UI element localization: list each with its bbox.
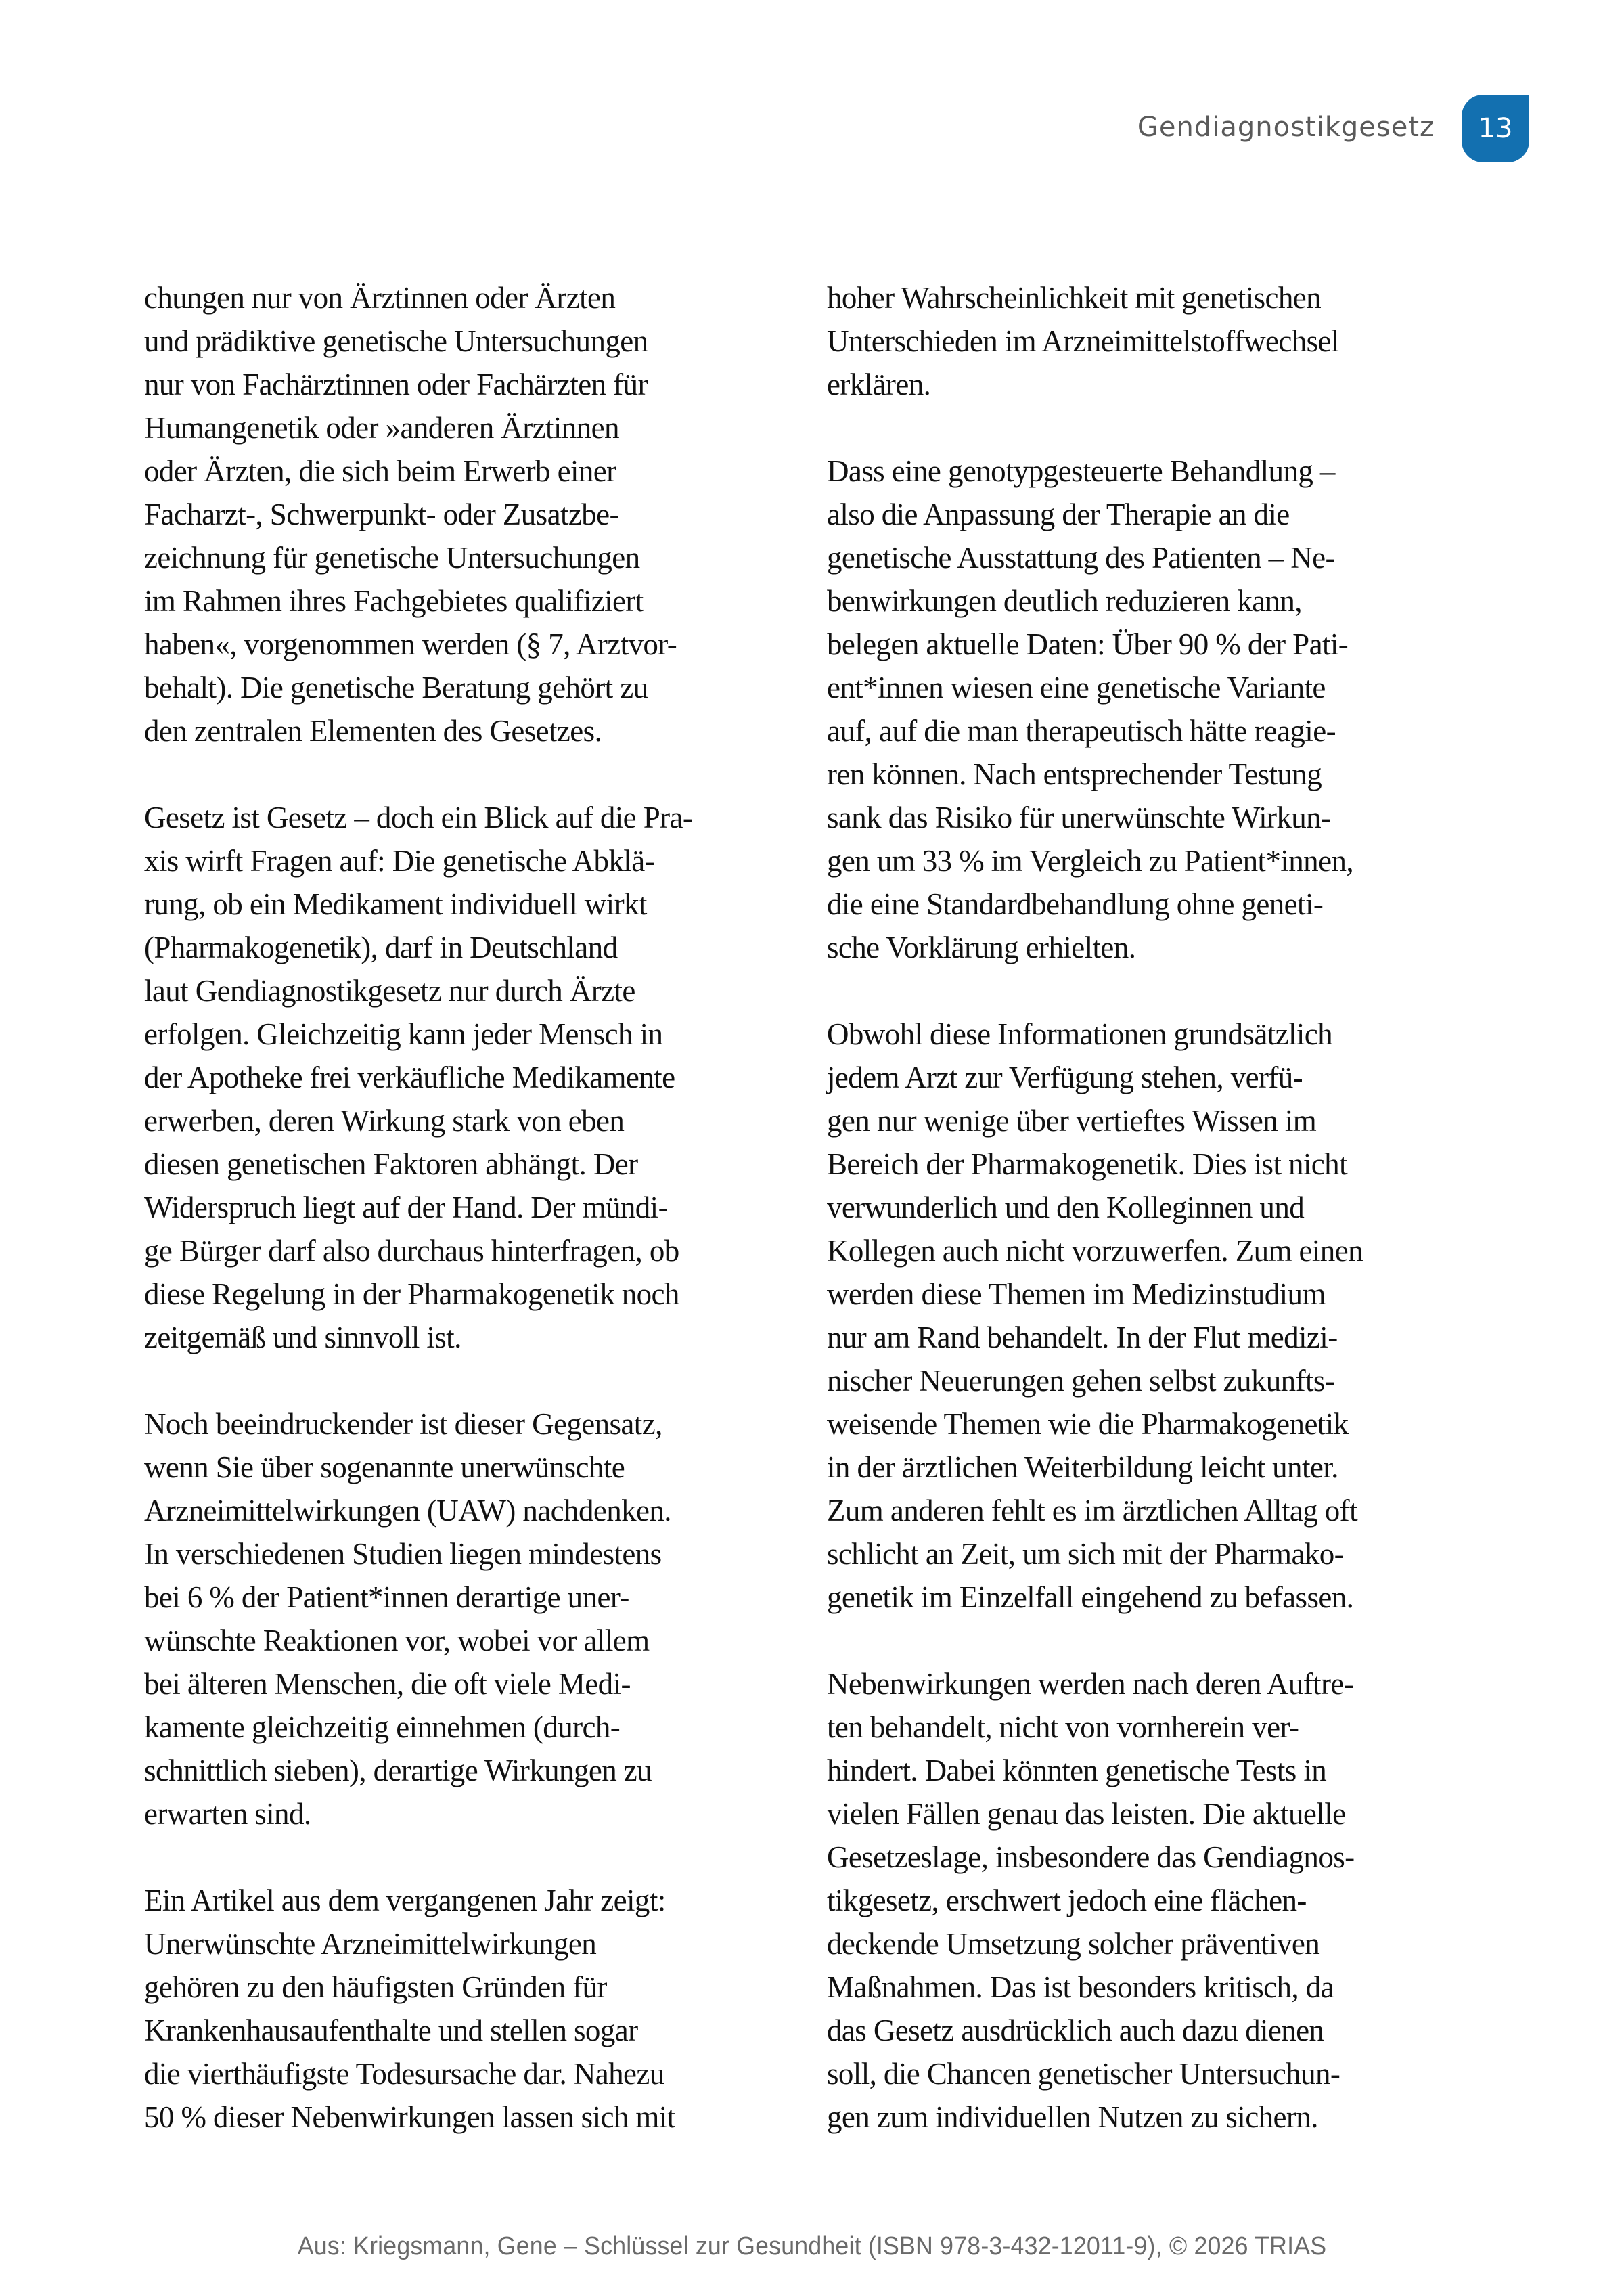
- text-line: gen zum individuellen Nutzen zu sichern.: [827, 2095, 1449, 2139]
- text-line: hindert. Dabei könnten genetische Tests …: [827, 1749, 1449, 1792]
- text-line: Dass eine genotypgesteuerte Behandlung –: [827, 449, 1449, 493]
- paragraph: Obwohl diese Informationen grundsätzlich…: [827, 1012, 1449, 1619]
- text-line: kamente gleichzeitig einnehmen (durch-: [144, 1706, 767, 1749]
- text-line: In verschiedenen Studien liegen mindeste…: [144, 1532, 767, 1576]
- text-line: das Gesetz ausdrücklich auch dazu dienen: [827, 2009, 1449, 2052]
- text-line: wenn Sie über sogenannte unerwünschte: [144, 1446, 767, 1489]
- text-line: behalt). Die genetische Beratung gehört …: [144, 666, 767, 709]
- text-line: Facharzt-, Schwerpunkt- oder Zusatzbe-: [144, 493, 767, 536]
- text-line: genetische Ausstattung des Patienten – N…: [827, 536, 1449, 579]
- text-line: nischer Neuerungen gehen selbst zukunfts…: [827, 1359, 1449, 1402]
- text-line: Ein Artikel aus dem vergangenen Jahr zei…: [144, 1879, 767, 1922]
- text-line: im Rahmen ihres Fachgebietes qualifizier…: [144, 579, 767, 623]
- page-number: 13: [1479, 113, 1513, 144]
- text-line: Gesetzeslage, insbesondere das Gendiagno…: [827, 1835, 1449, 1879]
- text-line: bei 6 % der Patient*innen derartige uner…: [144, 1576, 767, 1619]
- text-line: xis wirft Fragen auf: Die genetische Abk…: [144, 839, 767, 883]
- text-line: rung, ob ein Medikament individuell wirk…: [144, 883, 767, 926]
- text-line: 50 % dieser Nebenwirkungen lassen sich m…: [144, 2095, 767, 2139]
- text-line: auf, auf die man therapeutisch hätte rea…: [827, 709, 1449, 753]
- text-line: Zum anderen fehlt es im ärztlichen Allta…: [827, 1489, 1449, 1532]
- text-line: sche Vorklärung erhielten.: [827, 926, 1449, 969]
- text-line: gehören zu den häufigsten Gründen für: [144, 1965, 767, 2009]
- text-line: vielen Fällen genau das leisten. Die akt…: [827, 1792, 1449, 1835]
- text-line: und prädiktive genetische Untersuchungen: [144, 319, 767, 363]
- text-line: deckende Umsetzung solcher präventiven: [827, 1922, 1449, 1965]
- paragraph: Dass eine genotypgesteuerte Behandlung –…: [827, 449, 1449, 969]
- text-line: laut Gendiagnostikgesetz nur durch Ärzte: [144, 969, 767, 1012]
- text-line: den zentralen Elementen des Gesetzes.: [144, 709, 767, 753]
- text-line: wünschte Reaktionen vor, wobei vor allem: [144, 1619, 767, 1662]
- paragraph: Nebenwirkungen werden nach deren Auftre-…: [827, 1662, 1449, 2139]
- text-line: die eine Standardbehandlung ohne geneti-: [827, 883, 1449, 926]
- text-line: schnittlich sieben), derartige Wirkungen…: [144, 1749, 767, 1792]
- text-column-left: chungen nur von Ärztinnen oder Ärztenund…: [144, 276, 767, 2139]
- text-line: Obwohl diese Informationen grundsätzlich: [827, 1012, 1449, 1056]
- text-line: Nebenwirkungen werden nach deren Auftre-: [827, 1662, 1449, 1706]
- text-line: Humangenetik oder »anderen Ärztinnen: [144, 406, 767, 449]
- text-line: Noch beeindruckender ist dieser Gegensat…: [144, 1402, 767, 1446]
- paragraph: Noch beeindruckender ist dieser Gegensat…: [144, 1402, 767, 1835]
- text-line: bei älteren Menschen, die oft viele Medi…: [144, 1662, 767, 1706]
- text-line: jedem Arzt zur Verfügung stehen, verfü-: [827, 1056, 1449, 1099]
- text-line: Bereich der Pharmakogenetik. Dies ist ni…: [827, 1142, 1449, 1186]
- text-line: Krankenhausaufenthalte und stellen sogar: [144, 2009, 767, 2052]
- paragraph: Ein Artikel aus dem vergangenen Jahr zei…: [144, 1879, 767, 2139]
- text-line: Widerspruch liegt auf der Hand. Der münd…: [144, 1186, 767, 1229]
- text-line: erwerben, deren Wirkung stark von eben: [144, 1099, 767, 1142]
- text-line: diesen genetischen Faktoren abhängt. Der: [144, 1142, 767, 1186]
- running-head-title: Gendiagnostikgesetz: [1137, 100, 1435, 154]
- text-line: benwirkungen deutlich reduzieren kann,: [827, 579, 1449, 623]
- paragraph: Gesetz ist Gesetz – doch ein Blick auf d…: [144, 796, 767, 1359]
- text-line: Kollegen auch nicht vorzuwerfen. Zum ein…: [827, 1229, 1449, 1272]
- text-line: soll, die Chancen genetischer Untersuchu…: [827, 2052, 1449, 2095]
- text-line: sank das Risiko für unerwünschte Wirkun-: [827, 796, 1449, 839]
- text-line: ren können. Nach entsprechender Testung: [827, 753, 1449, 796]
- text-line: gen um 33 % im Vergleich zu Patient*inne…: [827, 839, 1449, 883]
- paragraph: chungen nur von Ärztinnen oder Ärztenund…: [144, 276, 767, 753]
- text-line: nur am Rand behandelt. In der Flut mediz…: [827, 1316, 1449, 1359]
- text-line: chungen nur von Ärztinnen oder Ärzten: [144, 276, 767, 319]
- text-line: ten behandelt, nicht von vornherein ver-: [827, 1706, 1449, 1749]
- paragraph: hoher Wahrscheinlichkeit mit genetischen…: [827, 276, 1449, 406]
- text-line: ge Bürger darf also durchaus hinterfrage…: [144, 1229, 767, 1272]
- text-line: haben«, vorgenommen werden (§ 7, Arztvor…: [144, 623, 767, 666]
- text-line: oder Ärzten, die sich beim Erwerb einer: [144, 449, 767, 493]
- text-line: (Pharmakogenetik), darf in Deutschland: [144, 926, 767, 969]
- text-line: Unerwünschte Arzneimittelwirkungen: [144, 1922, 767, 1965]
- text-line: zeichnung für genetische Untersuchungen: [144, 536, 767, 579]
- text-line: belegen aktuelle Daten: Über 90 % der Pa…: [827, 623, 1449, 666]
- text-line: weisende Themen wie die Pharmakogenetik: [827, 1402, 1449, 1446]
- text-line: erklären.: [827, 363, 1449, 406]
- text-column-right: hoher Wahrscheinlichkeit mit genetischen…: [827, 276, 1449, 2139]
- text-line: schlicht an Zeit, um sich mit der Pharma…: [827, 1532, 1449, 1576]
- text-line: genetik im Einzelfall eingehend zu befas…: [827, 1576, 1449, 1619]
- text-line: diese Regelung in der Pharmakogenetik no…: [144, 1272, 767, 1316]
- text-line: erwarten sind.: [144, 1792, 767, 1835]
- text-line: ent*innen wiesen eine genetische Variant…: [827, 666, 1449, 709]
- text-line: verwunderlich und den Kolleginnen und: [827, 1186, 1449, 1229]
- book-page: Gendiagnostikgesetz 13 chungen nur von Ä…: [0, 0, 1624, 2293]
- text-line: in der ärztlichen Weiterbildung leicht u…: [827, 1446, 1449, 1489]
- text-line: also die Anpassung der Therapie an die: [827, 493, 1449, 536]
- text-line: erfolgen. Gleichzeitig kann jeder Mensch…: [144, 1012, 767, 1056]
- text-line: Gesetz ist Gesetz – doch ein Blick auf d…: [144, 796, 767, 839]
- footer-citation: Aus: Kriegsmann, Gene – Schlüssel zur Ge…: [49, 2232, 1575, 2261]
- page-number-badge: 13: [1462, 95, 1529, 162]
- text-line: gen nur wenige über vertieftes Wissen im: [827, 1099, 1449, 1142]
- text-line: Arzneimittelwirkungen (UAW) nachdenken.: [144, 1489, 767, 1532]
- text-line: die vierthäufigste Todesursache dar. Nah…: [144, 2052, 767, 2095]
- text-line: tikgesetz, erschwert jedoch eine flächen…: [827, 1879, 1449, 1922]
- text-line: der Apotheke frei verkäufliche Medikamen…: [144, 1056, 767, 1099]
- text-line: zeitgemäß und sinnvoll ist.: [144, 1316, 767, 1359]
- text-line: hoher Wahrscheinlichkeit mit genetischen: [827, 276, 1449, 319]
- text-line: werden diese Themen im Medizinstudium: [827, 1272, 1449, 1316]
- text-line: nur von Fachärztinnen oder Fachärzten fü…: [144, 363, 767, 406]
- text-line: Unterschieden im Arzneimittelstoffwechse…: [827, 319, 1449, 363]
- text-line: Maßnahmen. Das ist besonders kritisch, d…: [827, 1965, 1449, 2009]
